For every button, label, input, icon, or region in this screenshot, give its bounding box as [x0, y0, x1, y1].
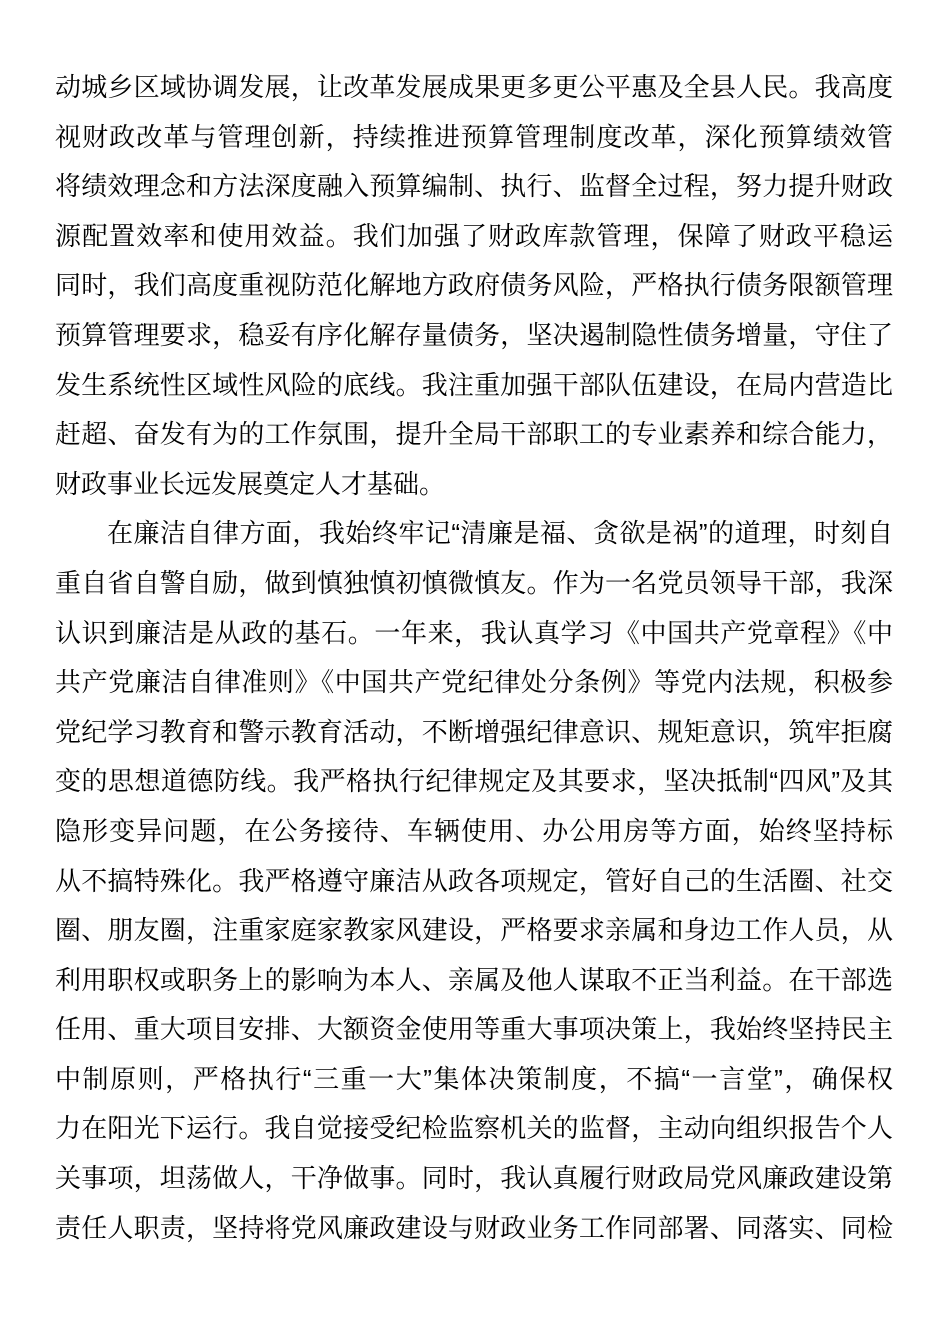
text-line: 视财政改革与管理创新，持续推进预算管理制度改革，深化预算绩效管理，	[55, 113, 893, 163]
text-line: 力在阳光下运行。我自觉接受纪检监察机关的监督，主动向组织报告个人有	[55, 1104, 893, 1154]
text-line: 预算管理要求，稳妥有序化解存量债务，坚决遏制隐性债务增量，守住了不	[55, 311, 893, 361]
text-line: 关事项，坦荡做人，干净做事。同时，我认真履行财政局党风廉政建设第一	[55, 1154, 893, 1204]
document-page: 动城乡区域协调发展，让改革发展成果更多更公平惠及全县人民。我高度重 视财政改革与…	[0, 0, 950, 1344]
text-line: 从不搞特殊化。我严格遵守廉洁从政各项规定，管好自己的生活圈、社交	[55, 857, 893, 907]
text-line: 源配置效率和使用效益。我们加强了财政库款管理，保障了财政平稳运行。	[55, 212, 893, 262]
text-line: 动城乡区域协调发展，让改革发展成果更多更公平惠及全县人民。我高度重	[55, 63, 893, 113]
text-line: 认识到廉洁是从政的基石。一年来，我认真学习《中国共产党章程》《中国	[55, 609, 893, 659]
text-line: 任用、重大项目安排、大额资金使用等重大事项决策上，我始终坚持民主集	[55, 1005, 893, 1055]
text-line-paragraph-end: 财政事业长远发展奠定人才基础。	[55, 460, 893, 510]
text-line: 变的思想道德防线。我严格执行纪律规定及其要求，坚决抵制“四风”及其	[55, 757, 893, 807]
text-line: 重自省自警自励，做到慎独慎初慎微慎友。作为一名党员领导干部，我深刻	[55, 559, 893, 609]
text-line: 圈、朋友圈，注重家庭家教家风建设，严格要求亲属和身边工作人员，从未	[55, 906, 893, 956]
text-line: 发生系统性区域性风险的底线。我注重加强干部队伍建设，在局内营造比学	[55, 361, 893, 411]
text-line: 赶超、奋发有为的工作氛围，提升全局干部职工的专业素养和综合能力，为	[55, 410, 893, 460]
text-line: 隐形变异问题，在公务接待、车辆使用、办公用房等方面，始终坚持标准，	[55, 807, 893, 857]
text-line: 共产党廉洁自律准则》《中国共产党纪律处分条例》等党内法规，积极参加	[55, 658, 893, 708]
document-text-body: 动城乡区域协调发展，让改革发展成果更多更公平惠及全县人民。我高度重 视财政改革与…	[55, 63, 893, 1253]
text-line-paragraph-start: 在廉洁自律方面，我始终牢记“清廉是福、贪欲是祸”的道理，时刻自	[55, 509, 893, 559]
text-line: 党纪学习教育和警示教育活动，不断增强纪律意识、规矩意识，筑牢拒腐防	[55, 708, 893, 758]
text-line: 责任人职责，坚持将党风廉政建设与财政业务工作同部署、同落实、同检	[55, 1204, 893, 1254]
text-line: 中制原则，严格执行“三重一大”集体决策制度，不搞“一言堂”，确保权	[55, 1055, 893, 1105]
text-line: 同时，我们高度重视防范化解地方政府债务风险，严格执行债务限额管理和	[55, 261, 893, 311]
text-line: 将绩效理念和方法深度融入预算编制、执行、监督全过程，努力提升财政资	[55, 162, 893, 212]
text-line: 利用职权或职务上的影响为本人、亲属及他人谋取不正当利益。在干部选拔	[55, 956, 893, 1006]
